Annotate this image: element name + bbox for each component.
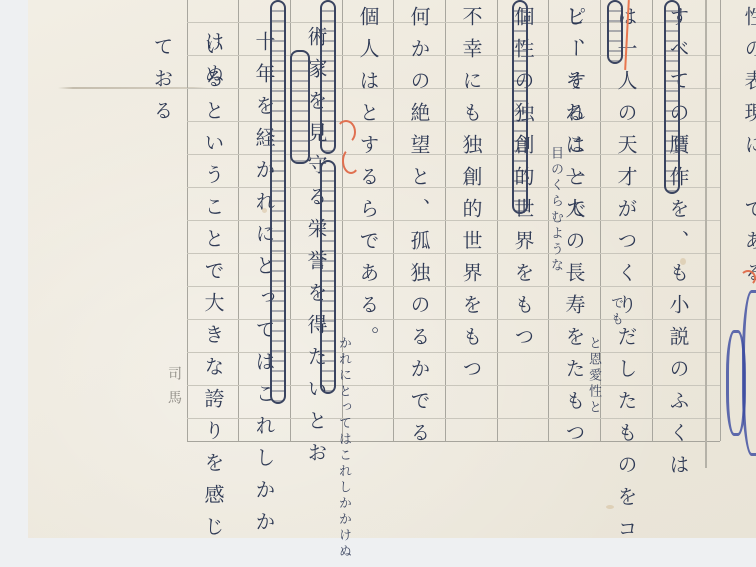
- manuscript-column: いるということで大きな誇りを感じておる: [187, 30, 238, 567]
- strikethrough-scribble: [270, 0, 286, 404]
- red-correction-mark: [342, 148, 360, 174]
- manuscript-column: 不幸にも独創的世界をもつ: [445, 0, 496, 390]
- grid-line: [720, 0, 721, 441]
- strikethrough-scribble: [320, 160, 336, 394]
- red-correction-mark: [336, 120, 356, 144]
- printed-author-name: 司馬: [164, 366, 184, 414]
- strikethrough-scribble: [290, 50, 310, 164]
- manuscript-column: 個人はとするらである。: [342, 0, 393, 358]
- manuscript-column: は一人の天才がつくりだしたものをコピーすることで: [600, 0, 651, 567]
- strikethrough-scribble: [512, 0, 528, 214]
- red-correction-mark: [740, 270, 756, 286]
- margin-note: と恩愛性と: [568, 330, 619, 416]
- strikethrough-scribble: [320, 0, 336, 154]
- page-divider-line: [705, 0, 707, 468]
- blue-ink-scribble: [742, 290, 756, 456]
- margin-note: でも: [590, 290, 641, 328]
- strikethrough-scribble: [607, 0, 623, 64]
- strikethrough-scribble: [664, 0, 680, 194]
- manuscript-column: 何かの絶望と、孤独のるかでる: [393, 0, 444, 454]
